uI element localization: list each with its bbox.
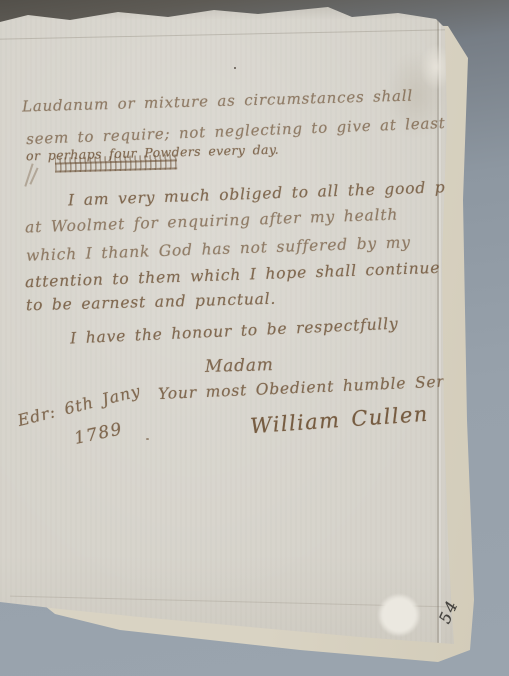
salutation: Madam — [205, 355, 274, 377]
deleted-word-strikethrough — [55, 154, 177, 172]
letter-page: Laudanum or mixture as circumstances sha… — [0, 0, 509, 676]
ink-speck — [146, 438, 149, 440]
letter-scan: Laudanum or mixture as circumstances sha… — [0, 0, 509, 676]
wafer-seal-mark — [378, 594, 420, 636]
margin-pen-mark — [22, 163, 38, 189]
ink-speck — [234, 67, 236, 69]
